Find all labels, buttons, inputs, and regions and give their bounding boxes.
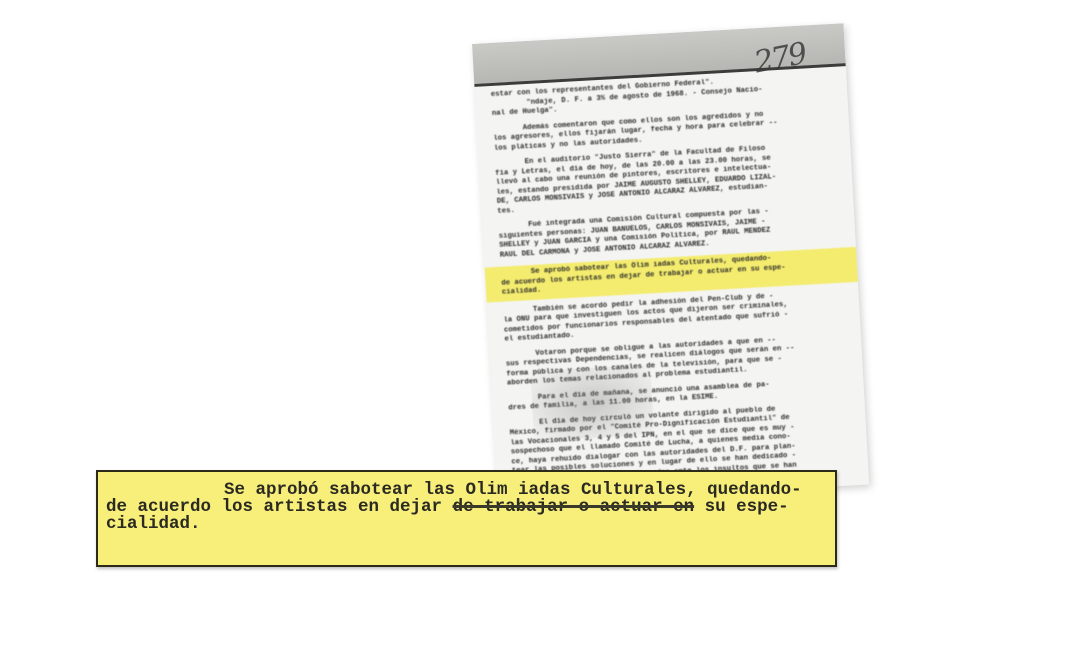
document-paragraph: En el auditorio "Justo Sierra" de la Fac…: [495, 141, 844, 217]
callout-struck-text: de trabajar o actuar en: [453, 497, 695, 517]
scan-smudge: [530, 365, 654, 442]
document-page: 279 estar con los representantes del Gob…: [472, 23, 869, 505]
callout-text: Se aprobó sabotear las Olim iadas Cultur…: [106, 482, 836, 533]
callout-line-3: cialidad.: [106, 516, 836, 533]
stage: 279 estar con los representantes del Gob…: [0, 0, 1081, 666]
highlighted-excerpt-callout: Se aprobó sabotear las Olim iadas Cultur…: [96, 470, 837, 567]
callout-line-2-end: su espe-: [694, 497, 789, 517]
callout-line-2: de acuerdo los artistas en dejar de trab…: [106, 499, 836, 516]
